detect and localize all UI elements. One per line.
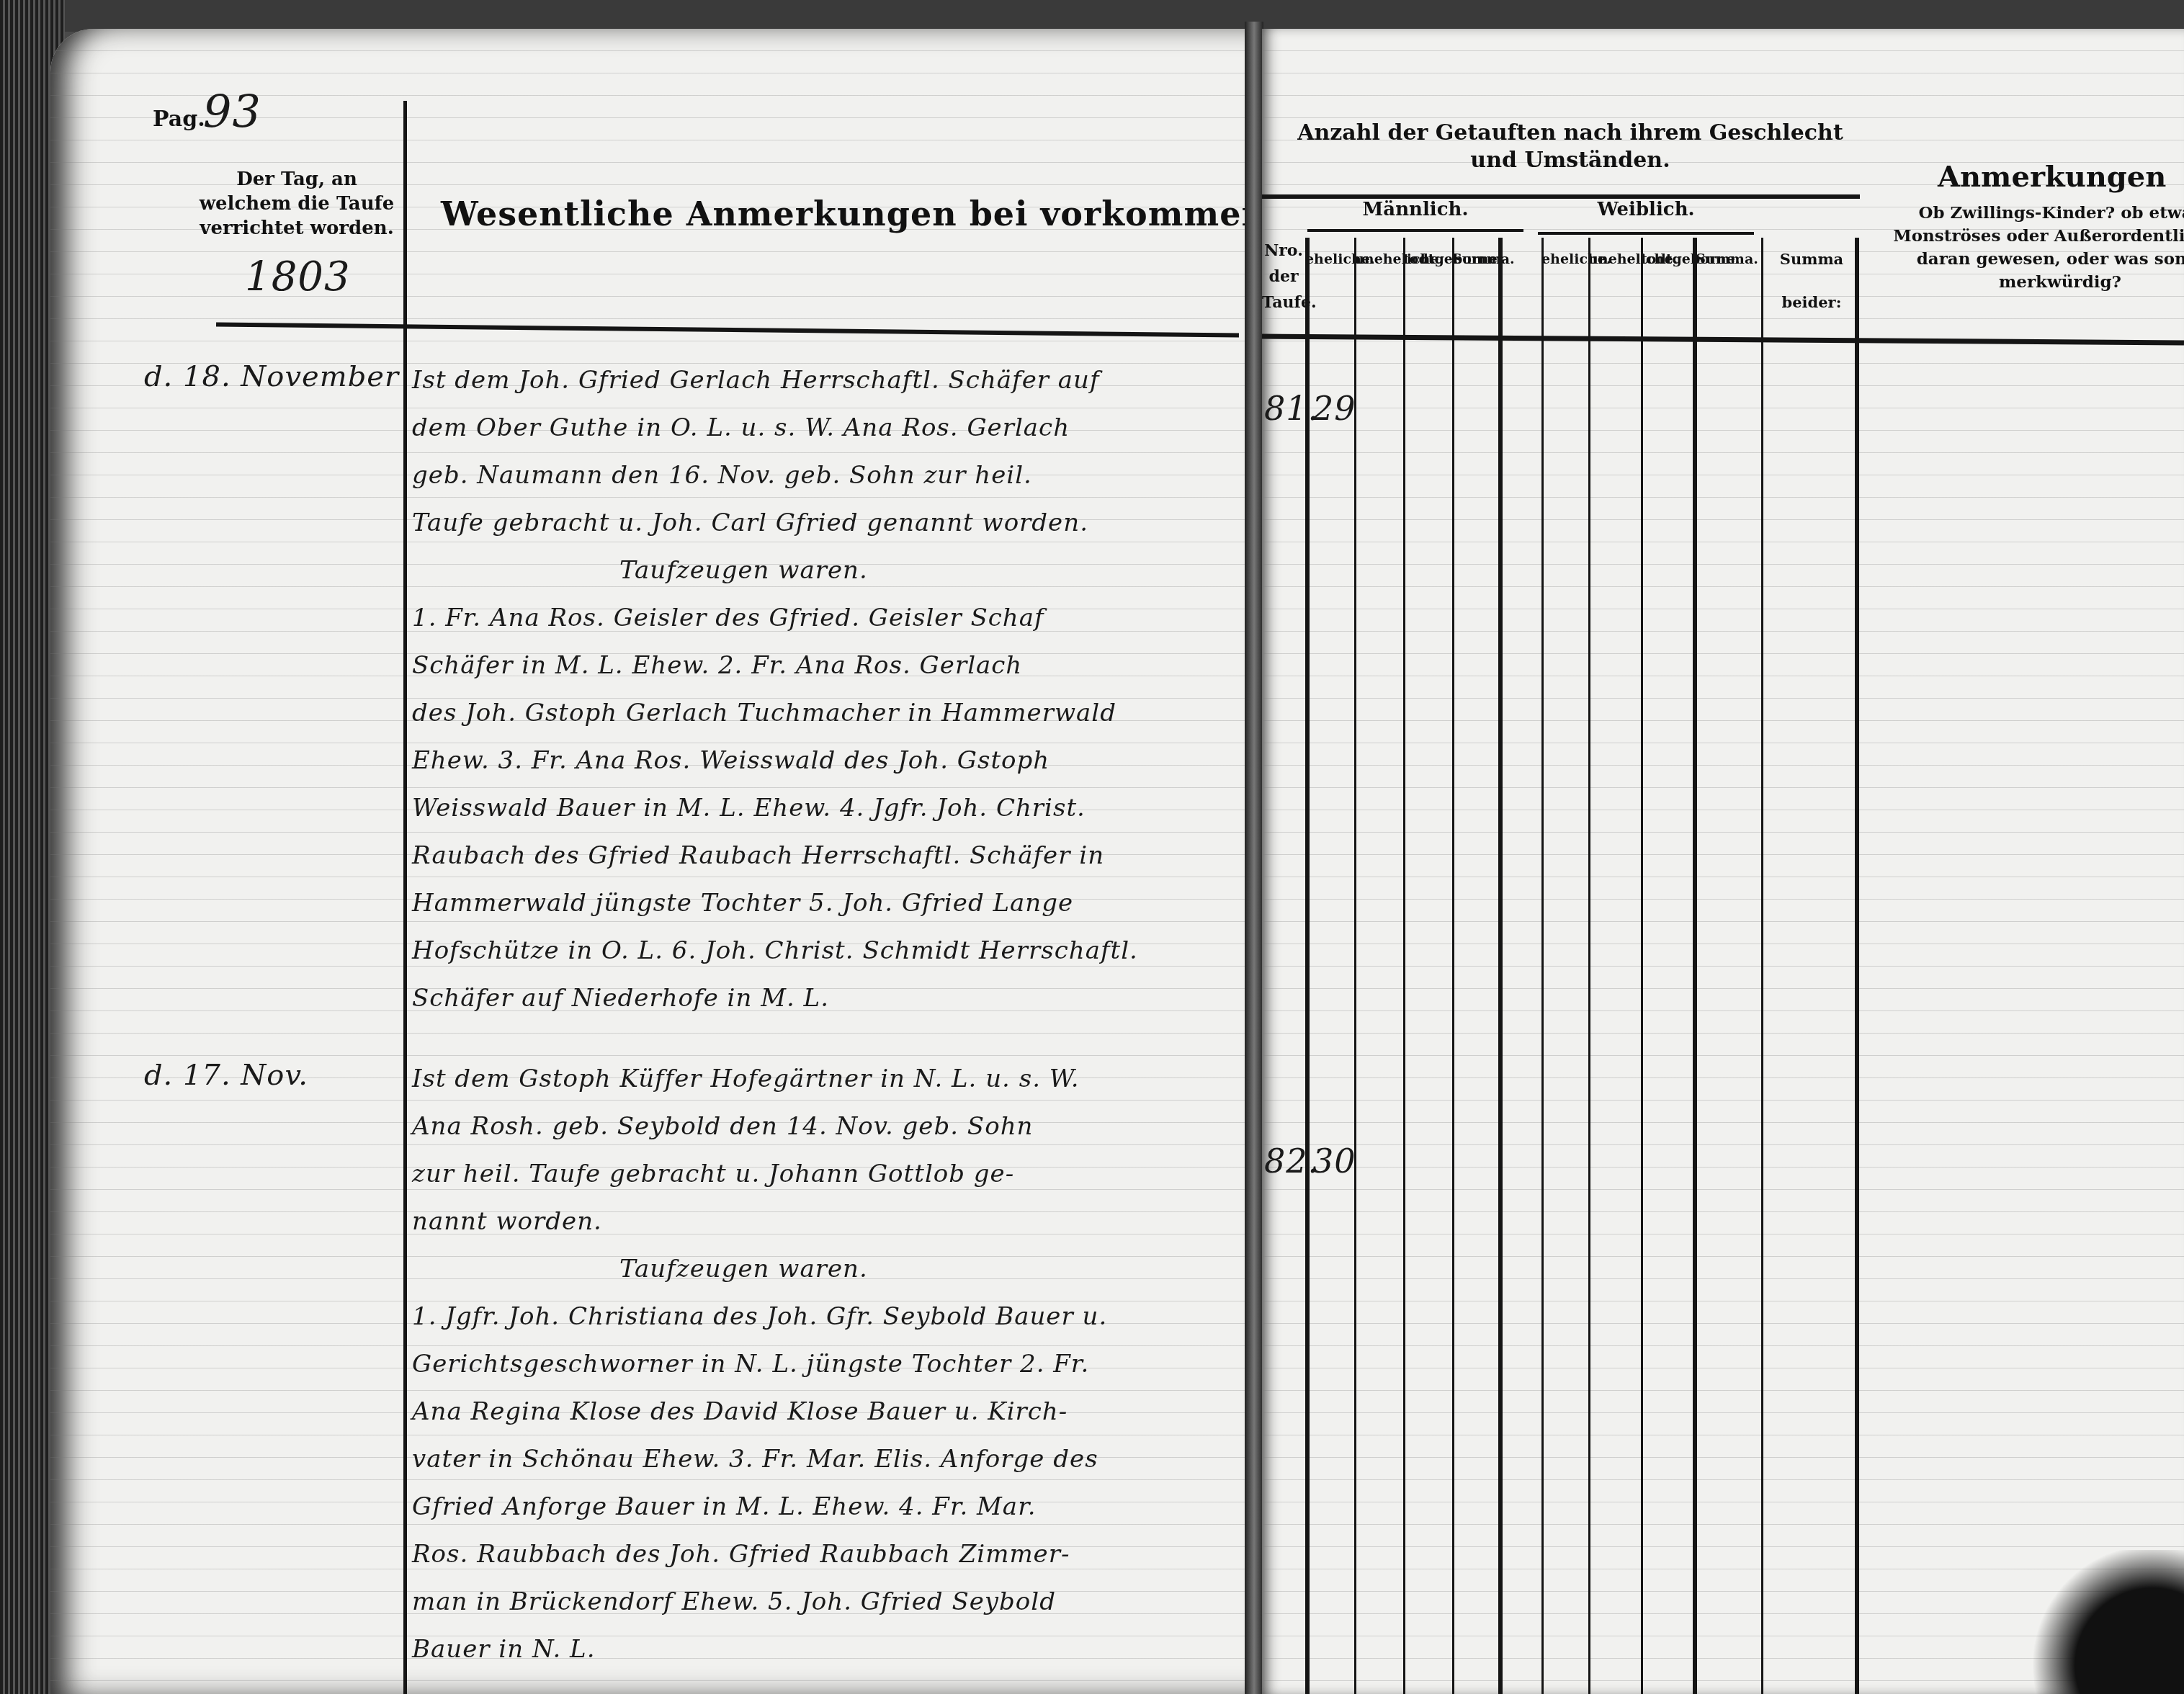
- entry-text-line: Weisswald Bauer in M. L. Ehew. 4. Jgfr. …: [412, 794, 1086, 823]
- entry-text-line: Gfried Anforge Bauer in M. L. Ehew. 4. F…: [412, 1492, 1036, 1521]
- entry-text-line: Hofschütze in O. L. 6. Joh. Christ. Schm…: [412, 936, 1138, 965]
- entry-text-line: man in Brückendorf Ehew. 5. Joh. Gfried …: [412, 1587, 1056, 1616]
- register-spread: Pag. 93 Der Tag, an welchem die Taufe ve…: [0, 0, 2184, 1694]
- entry-date: d. 17. Nov.: [144, 1059, 308, 1092]
- entry-text-line: geb. Naumann den 16. Nov. geb. Sohn zur …: [412, 461, 1032, 490]
- entry-text-line: Ana Regina Klose des David Klose Bauer u…: [412, 1397, 1068, 1426]
- remarks-question: Ob Zwillings-Kinder? ob etwas Monströses…: [1873, 202, 2184, 294]
- scan-border: [0, 0, 2184, 32]
- column-line: [1541, 238, 1544, 1694]
- page-label: Pag.: [153, 107, 205, 132]
- entry-text-line: 1. Fr. Ana Ros. Geisler des Gfried. Geis…: [412, 604, 1044, 632]
- entry-text-line: Gerichtsgeschworner in N. L. jüngste Toc…: [412, 1350, 1089, 1379]
- ink-stain: [2026, 1550, 2184, 1694]
- entry-text-line: Schäfer auf Niederhofe in M. L.: [412, 984, 829, 1013]
- count-sub-header: eheliche.: [1305, 248, 1354, 270]
- date-column-header: Der Tag, an welchem die Taufe verrichtet…: [189, 167, 405, 241]
- entry-text-line: zur heil. Taufe gebracht u. Johann Gottl…: [412, 1160, 1014, 1188]
- remarks-title: Anmerkungen: [1938, 160, 2166, 194]
- godparents-heading: Taufzeugen waren.: [619, 1255, 868, 1283]
- entry-text-line: Ist dem Gstoph Küffer Hofegärtner in N. …: [412, 1065, 1080, 1093]
- entry-text-line: Ist dem Joh. Gfried Gerlach Herrschaftl.…: [412, 366, 1100, 395]
- column-line: [1588, 238, 1590, 1694]
- column-line: [1354, 238, 1356, 1694]
- entry-text-line: des Joh. Gstoph Gerlach Tuchmacher in Ha…: [412, 699, 1116, 727]
- count-sub-header: todtgeborne.: [1641, 248, 1693, 270]
- male-header: Männlich.: [1311, 199, 1520, 220]
- baptism-number: 82.: [1264, 1142, 1319, 1180]
- entry-text-line: 1. Jgfr. Joh. Christiana des Joh. Gfr. S…: [412, 1302, 1107, 1331]
- nro-header: Nro. der Taufe.: [1262, 238, 1305, 315]
- column-line: [1498, 238, 1503, 1694]
- count-sub-header: todtgeborne.: [1403, 248, 1452, 270]
- column-line: [1855, 238, 1859, 1694]
- count-sub-header: Summa.: [1452, 248, 1498, 270]
- entry-text-line: Ros. Raubbach des Joh. Gfried Raubbach Z…: [412, 1540, 1070, 1569]
- legitimate-male-count: 30: [1312, 1142, 1356, 1180]
- entry-date: d. 18. November: [144, 360, 399, 393]
- entry-text-line: dem Ober Guthe in O. L. u. s. W. Ana Ros…: [412, 413, 1070, 442]
- page-number: 93: [203, 85, 261, 138]
- legitimate-male-count: 29: [1312, 389, 1356, 428]
- column-line: [1761, 238, 1763, 1694]
- entry-text-line: Raubach des Gfried Raubach Herrschaftl. …: [412, 841, 1104, 870]
- count-sub-header: Summa.: [1693, 248, 1761, 270]
- column-divider: [403, 101, 407, 1694]
- year: 1803: [245, 254, 351, 300]
- entry-text-line: Taufe gebracht u. Joh. Carl Gfried genan…: [412, 508, 1088, 537]
- entry-text-line: Hammerwald jüngste Tochter 5. Joh. Gfrie…: [412, 889, 1073, 918]
- column-line: [1403, 238, 1405, 1694]
- column-line: [1452, 238, 1454, 1694]
- book-gutter: [1245, 22, 1263, 1694]
- count-group-header: Anzahl der Getauften nach ihrem Geschlec…: [1297, 120, 1844, 174]
- entry-text-line: Bauer in N. L.: [412, 1635, 596, 1664]
- total-header: Summa beider:: [1772, 238, 1851, 324]
- column-line: [1693, 238, 1697, 1694]
- entry-text-line: Schäfer in M. L. Ehew. 2. Fr. Ana Ros. G…: [412, 651, 1022, 680]
- entry-text-line: vater in Schönau Ehew. 3. Fr. Mar. Elis.…: [412, 1445, 1098, 1474]
- entry-text-line: Ehew. 3. Fr. Ana Ros. Weisswald des Joh.…: [412, 746, 1050, 775]
- count-sub-header: uneheliche.: [1354, 248, 1403, 270]
- godparents-heading: Taufzeugen waren.: [619, 556, 868, 585]
- column-line: [1641, 238, 1643, 1694]
- column-line: [1305, 238, 1310, 1694]
- entry-text-line: Ana Rosh. geb. Seybold den 14. Nov. geb.…: [412, 1112, 1033, 1141]
- count-sub-header: eheliche.: [1541, 248, 1588, 270]
- entry-text-line: nannt worden.: [412, 1207, 602, 1236]
- baptism-number: 81.: [1264, 389, 1319, 428]
- count-sub-header: uneheliche.: [1588, 248, 1641, 270]
- female-header: Weiblich.: [1538, 199, 1754, 220]
